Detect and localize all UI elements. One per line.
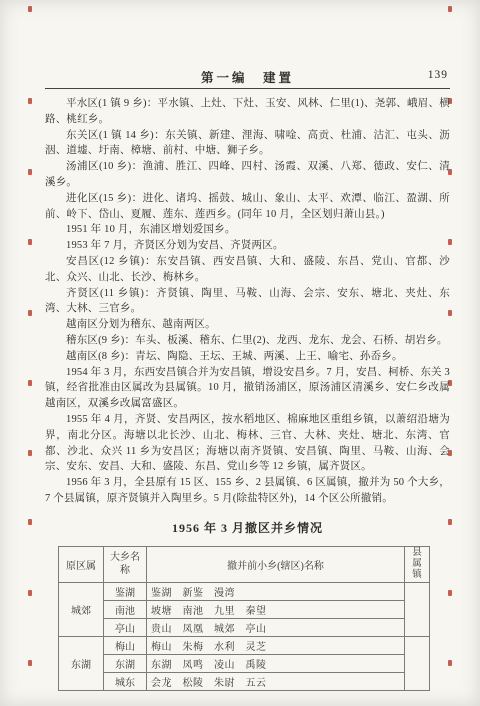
county-town-cell [405, 582, 430, 636]
township-cell: 城东 [104, 672, 147, 690]
table-body: 城郊 鉴湖 鉴湖 新鉴 漫湾 南池 坡塘 南池 九里 秦望 亭山 贵山 凤凰 城… [59, 582, 430, 690]
body-paragraph: 1951 年 10 月，东浦区增划爱国乡。 [45, 222, 450, 238]
table-row: 城郊 鉴湖 鉴湖 新鉴 漫湾 [59, 582, 430, 600]
edge-mark [28, 450, 32, 456]
body-paragraph: 东关区(1 镇 14 乡)：东关镇、新建、浬海、啸唫、高贡、杜浦、沽汇、屯头、沥… [45, 128, 450, 160]
table-row: 亭山 贵山 凤凰 城郊 亭山 [59, 618, 430, 636]
small-townships-cell: 梅山 朱梅 水利 灵芝 [147, 636, 405, 654]
table-row: 东湖 梅山 梅山 朱梅 水利 灵芝 [59, 636, 430, 654]
body-paragraph: 进化区(15 乡)：进化、诸坞、摇鼓、城山、象山、太平、欢潭、临江、盈湖、所前、… [45, 191, 450, 223]
body-paragraph: 1954 年 3 月，东西安昌镇合并为安昌镇，增设安昌乡。7 月，安昌、柯桥、东… [45, 365, 450, 412]
edge-mark [28, 98, 32, 104]
table-row: 南池 坡塘 南池 九里 秦望 [59, 600, 430, 618]
table-header-row: 原区属 大乡名称 撤并前小乡(辖区)名称 县属镇 [59, 546, 430, 582]
region-merge-table: 原区属 大乡名称 撤并前小乡(辖区)名称 县属镇 城郊 鉴湖 鉴湖 新鉴 漫湾 … [58, 546, 430, 691]
township-cell: 亭山 [104, 618, 147, 636]
body-paragraph: 汤浦区(10 乡)：渔浦、胜江、四峰、四村、汤霞、双溪、八郑、德政、安仁、清溪乡… [45, 159, 450, 191]
edge-mark [28, 169, 32, 175]
edge-mark [28, 239, 32, 245]
township-cell: 南池 [104, 600, 147, 618]
body-paragraph: 齐贤区(11 乡镇)：齐贤镇、陶里、马鞍、山海、会宗、安东、塘北、夹灶、东湾、大… [45, 286, 450, 318]
page-header: 第一编 建置 139 [45, 68, 450, 89]
edge-mark [28, 6, 32, 12]
body-paragraph: 1956 年 3 月，全县原有 15 区、155 乡、2 县属镇、6 区属镇，撤… [45, 475, 450, 507]
section-title: 第一编 建置 [45, 68, 450, 86]
county-town-cell [405, 636, 430, 690]
body-paragraph: 越南区(8 乡)：青坛、陶隐、王坛、王城、两溪、上王、喻宅、孙岙乡。 [45, 349, 450, 365]
edge-mark [28, 310, 32, 316]
edge-mark [28, 660, 32, 666]
small-townships-cell: 贵山 凤凰 城郊 亭山 [147, 618, 405, 636]
column-header-county-town: 县属镇 [405, 546, 430, 582]
region-group-cell: 城郊 [59, 582, 104, 636]
table-title: 1956 年 3 月撤区并乡情况 [45, 519, 450, 536]
township-cell: 东湖 [104, 654, 147, 672]
body-text: 平水区(1 镇 9 乡)：平水镇、上灶、下灶、玉安、风林、仁里(1)、尧郭、峨眉… [45, 96, 450, 507]
body-paragraph: 1953 年 7 月，齐贤区分划为安昌、齐贤两区。 [45, 238, 450, 254]
body-paragraph: 安昌区(12 乡镇)：东安昌镇、西安昌镇、大和、盛陵、东昌、党山、官都、沙北、众… [45, 254, 450, 286]
column-header-region: 原区属 [59, 546, 104, 582]
table-row: 东湖 东湖 凤鸣 凌山 禹陵 [59, 654, 430, 672]
region-group-cell: 东湖 [59, 636, 104, 690]
column-header-township: 大乡名称 [104, 546, 147, 582]
township-cell: 鉴湖 [104, 582, 147, 600]
document-page: 第一编 建置 139 平水区(1 镇 9 乡)：平水镇、上灶、下灶、玉安、风林、… [0, 0, 480, 706]
body-paragraph: 1955 年 4 月，齐贤、安昌两区，按水稻地区、棉麻地区重组乡镇，以萧绍沿塘为… [45, 412, 450, 475]
body-paragraph: 稽东区(9 乡)：车头、板溪、稽东、仁里(2)、龙西、龙东、龙会、石桥、胡岩乡。 [45, 333, 450, 349]
table-header: 原区属 大乡名称 撤并前小乡(辖区)名称 县属镇 [59, 546, 430, 582]
small-townships-cell: 坡塘 南池 九里 秦望 [147, 600, 405, 618]
column-header-small-townships: 撤并前小乡(辖区)名称 [147, 546, 405, 582]
edge-mark [28, 380, 32, 386]
table-row: 城东 会龙 松陵 朱尉 五云 [59, 672, 430, 690]
body-paragraph: 越南区分划为稽东、越南两区。 [45, 317, 450, 333]
body-paragraph: 平水区(1 镇 9 乡)：平水镇、上灶、下灶、玉安、风林、仁里(1)、尧郭、峨眉… [45, 96, 450, 128]
page-number: 139 [428, 69, 448, 81]
small-townships-cell: 东湖 凤鸣 凌山 禹陵 [147, 654, 405, 672]
small-townships-cell: 会龙 松陵 朱尉 五云 [147, 672, 405, 690]
page-content: 平水区(1 镇 9 乡)：平水镇、上灶、下灶、玉安、风林、仁里(1)、尧郭、峨眉… [45, 96, 450, 691]
edge-mark [448, 6, 452, 12]
small-townships-cell: 鉴湖 新鉴 漫湾 [147, 582, 405, 600]
edge-mark [28, 590, 32, 596]
edge-mark [28, 519, 32, 525]
township-cell: 梅山 [104, 636, 147, 654]
